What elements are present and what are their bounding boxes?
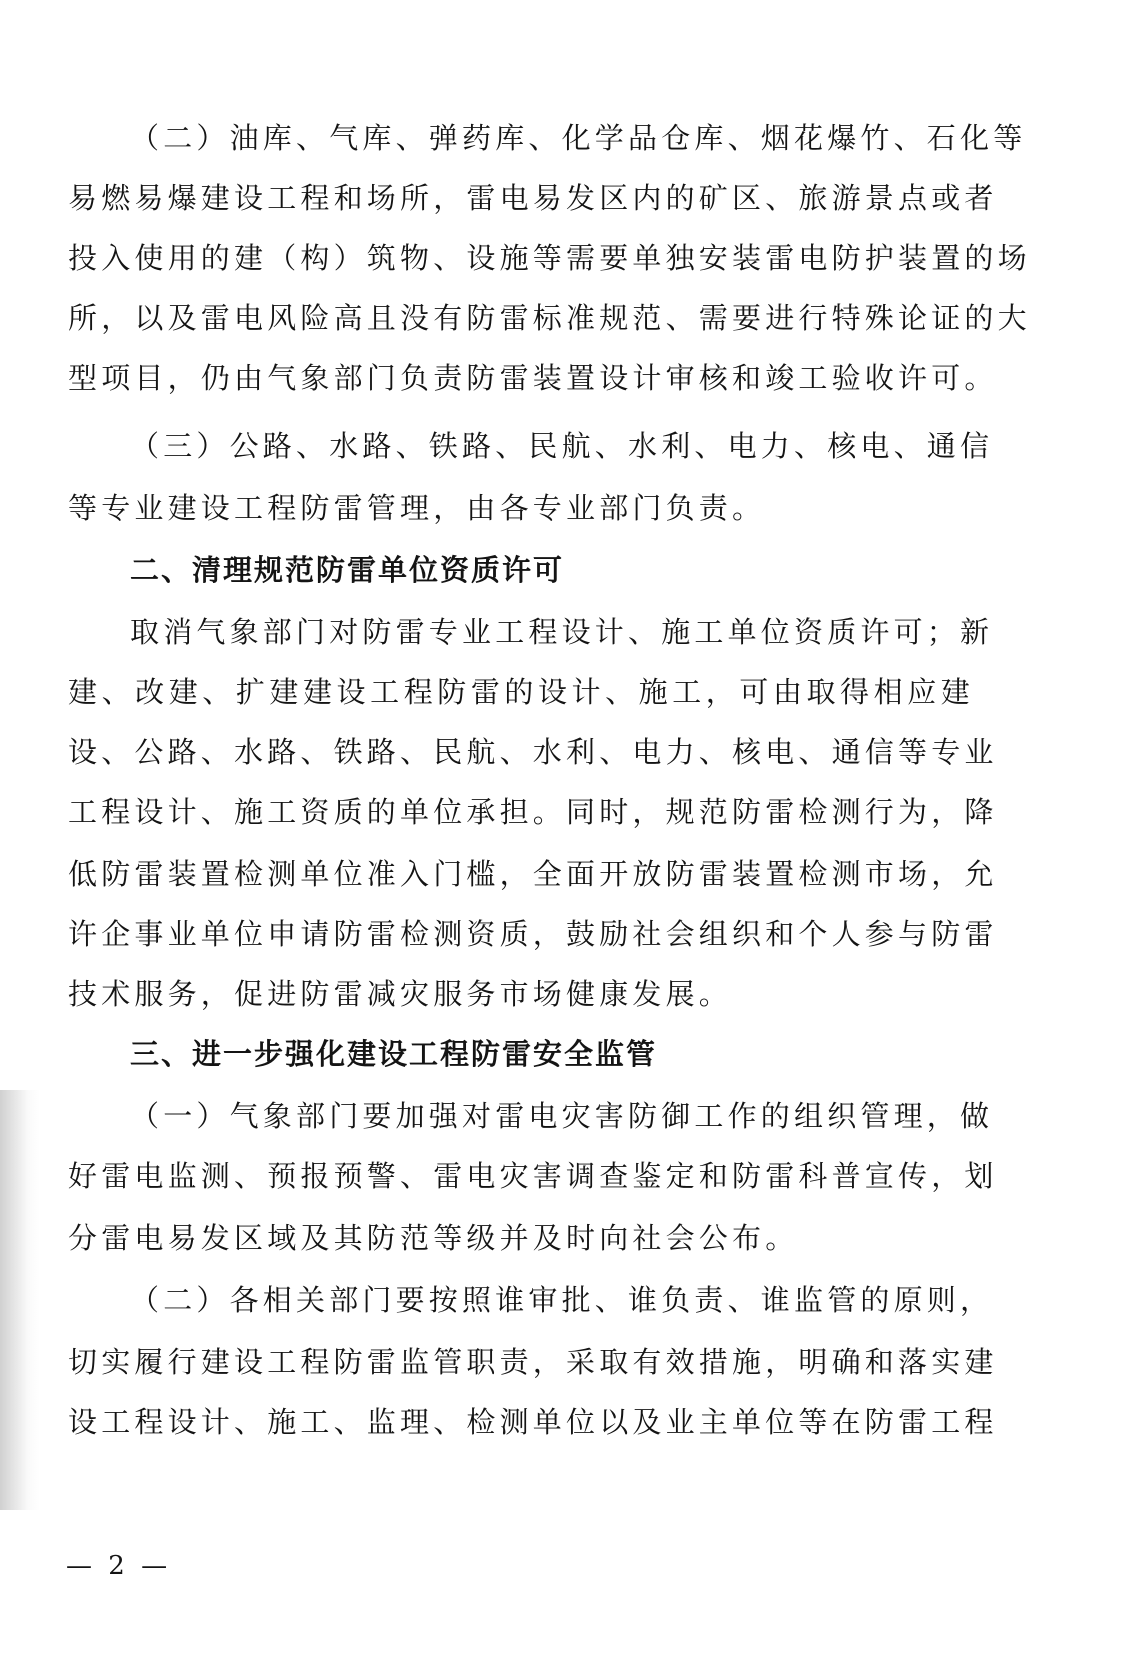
paragraph-line: 型项目，仍由气象部门负责防雷装置设计审核和竣工验收许可。: [68, 360, 974, 396]
paragraph-line: （三）公路、水路、铁路、民航、水利、电力、核电、通信: [130, 428, 974, 464]
paragraph-line: 低防雷装置检测单位准入门槛，全面开放防雷装置检测市场，允: [68, 856, 974, 892]
paragraph-line: 投入使用的建（构）筑物、设施等需要单独安装雷电防护装置的场: [68, 240, 974, 276]
paragraph-line: 易燃易爆建设工程和场所，雷电易发区内的矿区、旅游景点或者: [68, 180, 974, 216]
paragraph-line: （二）油库、气库、弹药库、化学品仓库、烟花爆竹、石化等: [130, 120, 974, 156]
paragraph-line: 等专业建设工程防雷管理，由各专业部门负责。: [68, 490, 974, 526]
paragraph-line: 设工程设计、施工、监理、检测单位以及业主单位等在防雷工程: [68, 1404, 974, 1440]
page-number: — 2 —: [66, 1550, 171, 1582]
paragraph-line: 设、公路、水路、铁路、民航、水利、电力、核电、通信等专业: [68, 734, 974, 770]
paragraph-line: 分雷电易发区域及其防范等级并及时向社会公布。: [68, 1220, 974, 1256]
section-heading: 二、清理规范防雷单位资质许可: [130, 552, 564, 588]
document-page: （二）油库、气库、弹药库、化学品仓库、烟花爆竹、石化等 易燃易爆建设工程和场所，…: [0, 0, 1130, 1673]
paragraph-line: 取消气象部门对防雷专业工程设计、施工单位资质许可；新: [130, 614, 974, 650]
paragraph-line: 许企事业单位申请防雷检测资质，鼓励社会组织和个人参与防雷: [68, 916, 974, 952]
section-heading: 三、进一步强化建设工程防雷安全监管: [130, 1036, 657, 1072]
paragraph-line: （二）各相关部门要按照谁审批、谁负责、谁监管的原则，: [130, 1282, 974, 1318]
paragraph-line: 工程设计、施工资质的单位承担。同时，规范防雷检测行为，降: [68, 794, 974, 830]
paragraph-line: 切实履行建设工程防雷监管职责，采取有效措施，明确和落实建: [68, 1344, 974, 1380]
paragraph-line: （一）气象部门要加强对雷电灾害防御工作的组织管理，做: [130, 1098, 974, 1134]
paragraph-line: 技术服务，促进防雷减灾服务市场健康发展。: [68, 976, 974, 1012]
paragraph-line: 建、改建、扩建建设工程防雷的设计、施工，可由取得相应建: [68, 674, 974, 710]
paragraph-line: 所，以及雷电风险高且没有防雷标准规范、需要进行特殊论证的大: [68, 300, 974, 336]
paragraph-line: 好雷电监测、预报预警、雷电灾害调查鉴定和防雷科普宣传，划: [68, 1158, 974, 1194]
